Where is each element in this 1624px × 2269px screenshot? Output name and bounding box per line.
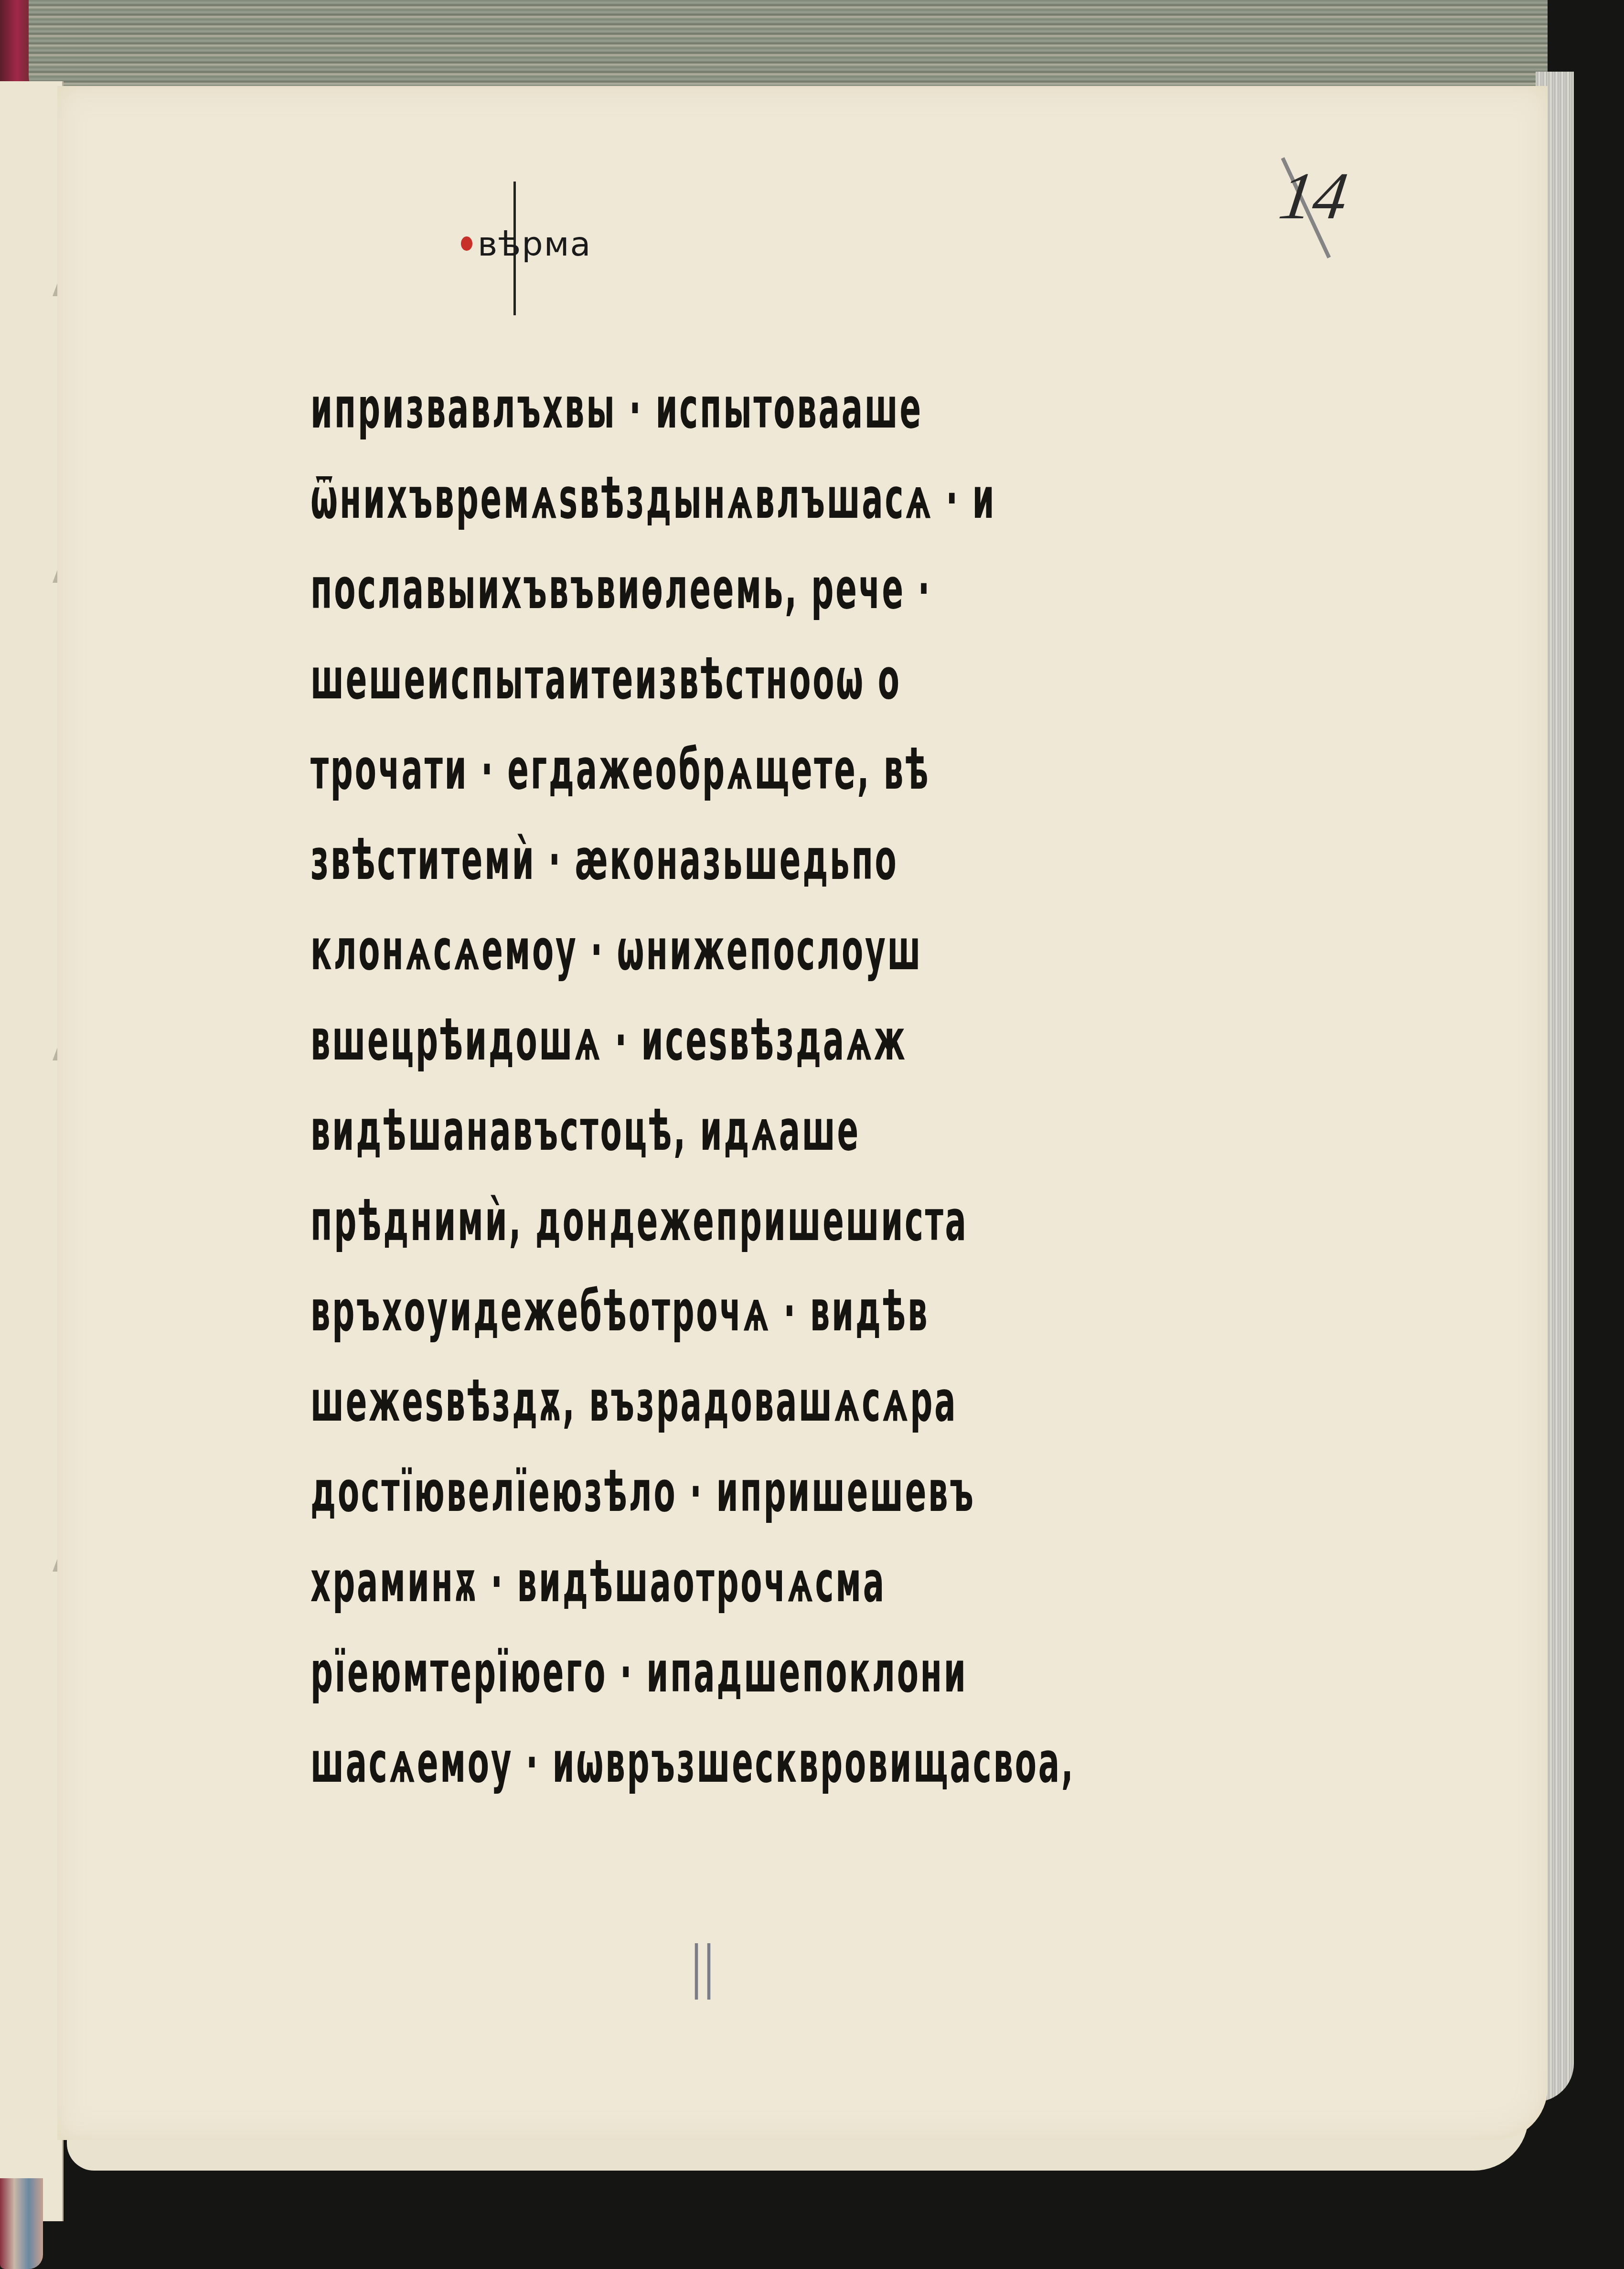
text-line: шасѧемоу · иѡвръзшесквровищасвоа, [310, 1717, 873, 1808]
text-line: рїеюмтерїюего · ипадшепоклони [310, 1627, 873, 1717]
text-line: клонѧсѧемоу · ѡнижепослоуш [310, 905, 873, 995]
rubric-dot-icon [461, 236, 472, 251]
text-line: видѣшанавъстоцѣ, идѧаше [310, 1085, 873, 1176]
top-page-edges [29, 0, 1548, 96]
bookmark-tassel [0, 2178, 43, 2269]
text-line: ипризвавлъхвы · испытовааше [310, 363, 873, 453]
text-line: вшецрѣидошѧ · исеѕвѣздаѧж [310, 995, 873, 1085]
facing-page-sliver [0, 81, 64, 2221]
text-line: храминѫ · видѣшаотрочѧсма [310, 1537, 873, 1627]
text-line: звѣститемѝ · ӕконазьшедьпо [310, 814, 873, 905]
text-line: шешеиспытаитеизвѣстнооѡ о [310, 634, 873, 724]
text-line: прѣднимѝ, дондежепришешиста [310, 1176, 873, 1266]
running-header: вѣрма [478, 225, 591, 264]
text-line: шежеѕвѣздѫ, възрадовашѧсѧра [310, 1356, 873, 1446]
text-line: достїювелїеюзѣло · ипришешевъ [310, 1446, 873, 1537]
text-block: ипризвавлъхвы · испытовааше ѿнихъвремѧѕв… [310, 363, 1218, 1808]
folio-number: 14 [1275, 158, 1353, 235]
text-line: връхоуидежебѣотрочѧ · видѣв [310, 1266, 873, 1356]
pencil-mark: || [690, 1930, 715, 2001]
text-line: ѿнихъвремѧѕвѣздынѧвлъшасѧ · и [310, 453, 873, 544]
text-line: трочати · егдажеобрѧщете, вѣ [310, 724, 873, 814]
text-line: пославыихъвъвиѳлеемь, рече · [310, 544, 873, 634]
